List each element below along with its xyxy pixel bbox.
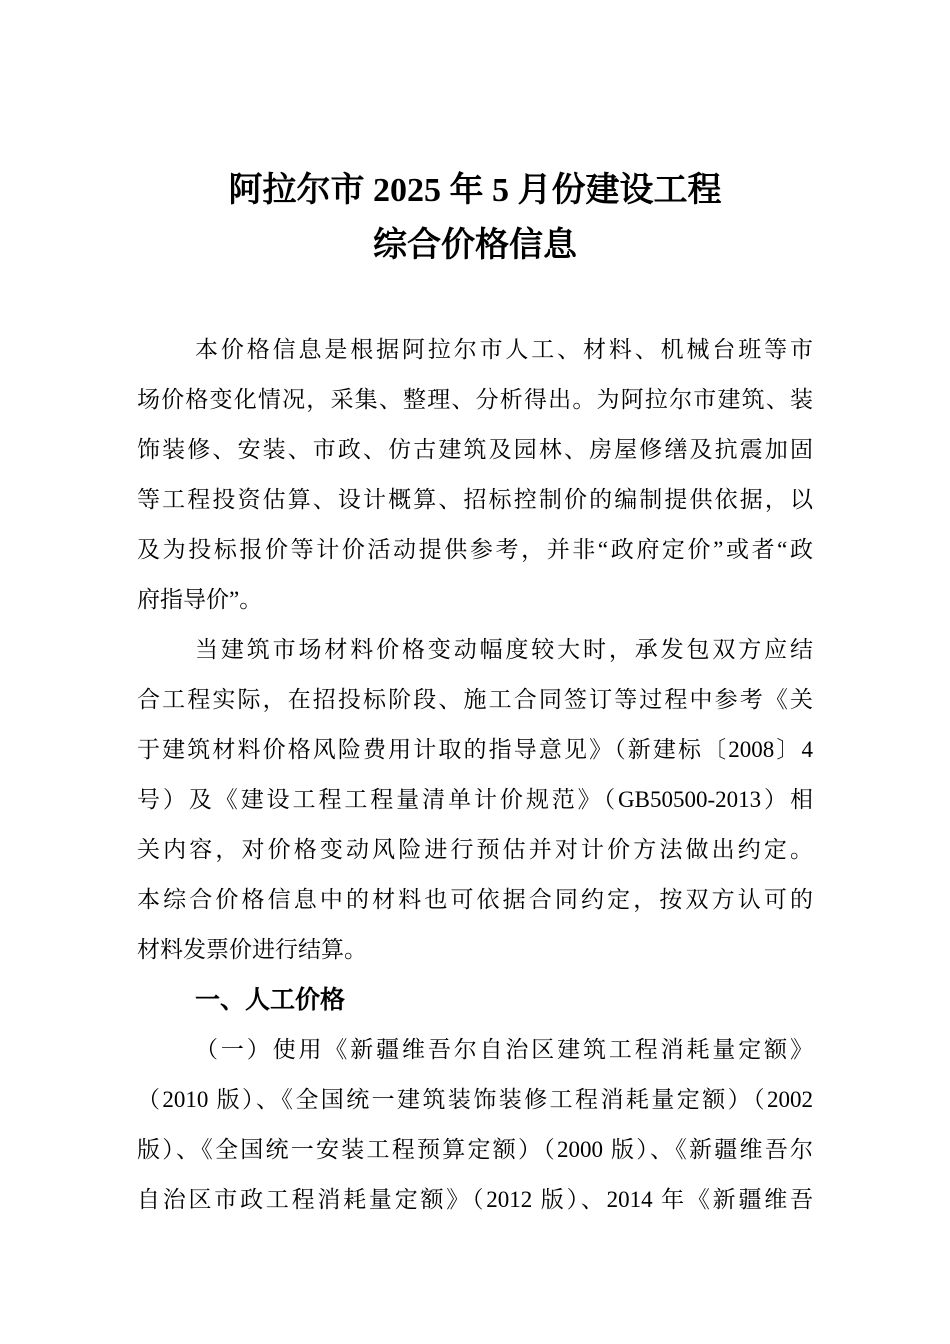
body-text-line: 合工程实际，在招投标阶段、施工合同签订等过程中参考《关: [137, 675, 813, 725]
document-title: 阿拉尔市 2025 年 5 月份建设工程 综合价格信息: [137, 163, 813, 273]
body-text-line: 关内容，对价格变动风险进行预估并对计价方法做出约定。: [137, 825, 813, 875]
body-text-line: 府指导价”。: [137, 575, 813, 625]
paragraph-quota-standards: （一）使用《新疆维吾尔自治区建筑工程消耗量定额》 （2010 版）、《全国统一建…: [137, 1025, 813, 1225]
document-body: 本价格信息是根据阿拉尔市人工、材料、机械台班等市 场价格变化情况，采集、整理、分…: [137, 325, 813, 1225]
body-text-line: 饰装修、安装、市政、仿古建筑及园林、房屋修缮及抗震加固: [137, 425, 813, 475]
body-text-line: 版）、《全国统一安装工程预算定额）（2000 版）、《新疆维吾尔: [137, 1125, 813, 1175]
body-text-line: 等工程投资估算、设计概算、招标控制价的编制提供依据，以: [137, 475, 813, 525]
paragraph-price-risk: 当建筑市场材料价格变动幅度较大时，承发包双方应结 合工程实际，在招投标阶段、施工…: [137, 625, 813, 975]
body-text-line: 自治区市政工程消耗量定额》（2012 版）、2014 年《新疆维吾: [137, 1175, 813, 1225]
body-text-line: 于建筑材料价格风险费用计取的指导意见》（新建标〔2008〕4: [137, 725, 813, 775]
section-heading-labor-prices: 一、人工价格: [137, 975, 813, 1025]
document-title-line-2: 综合价格信息: [137, 218, 813, 273]
body-text-line: 及为投标报价等计价活动提供参考，并非“政府定价”或者“政: [137, 525, 813, 575]
document-title-line-1: 阿拉尔市 2025 年 5 月份建设工程: [137, 163, 813, 218]
body-text-line: 本综合价格信息中的材料也可依据合同约定，按双方认可的: [137, 875, 813, 925]
body-text-line: 本价格信息是根据阿拉尔市人工、材料、机械台班等市: [137, 325, 813, 375]
body-text-line: （一）使用《新疆维吾尔自治区建筑工程消耗量定额》: [137, 1025, 813, 1075]
body-text-line: 场价格变化情况，采集、整理、分析得出。为阿拉尔市建筑、装: [137, 375, 813, 425]
paragraph-intro: 本价格信息是根据阿拉尔市人工、材料、机械台班等市 场价格变化情况，采集、整理、分…: [137, 325, 813, 625]
document-page: 阿拉尔市 2025 年 5 月份建设工程 综合价格信息 本价格信息是根据阿拉尔市…: [0, 0, 950, 1344]
body-text-line: 材料发票价进行结算。: [137, 925, 813, 975]
body-text-line: 当建筑市场材料价格变动幅度较大时，承发包双方应结: [137, 625, 813, 675]
body-text-line: 号）及《建设工程工程量清单计价规范》（GB50500-2013）相: [137, 775, 813, 825]
body-text-line: （2010 版）、《全国统一建筑装饰装修工程消耗量定额）（2002: [137, 1075, 813, 1125]
